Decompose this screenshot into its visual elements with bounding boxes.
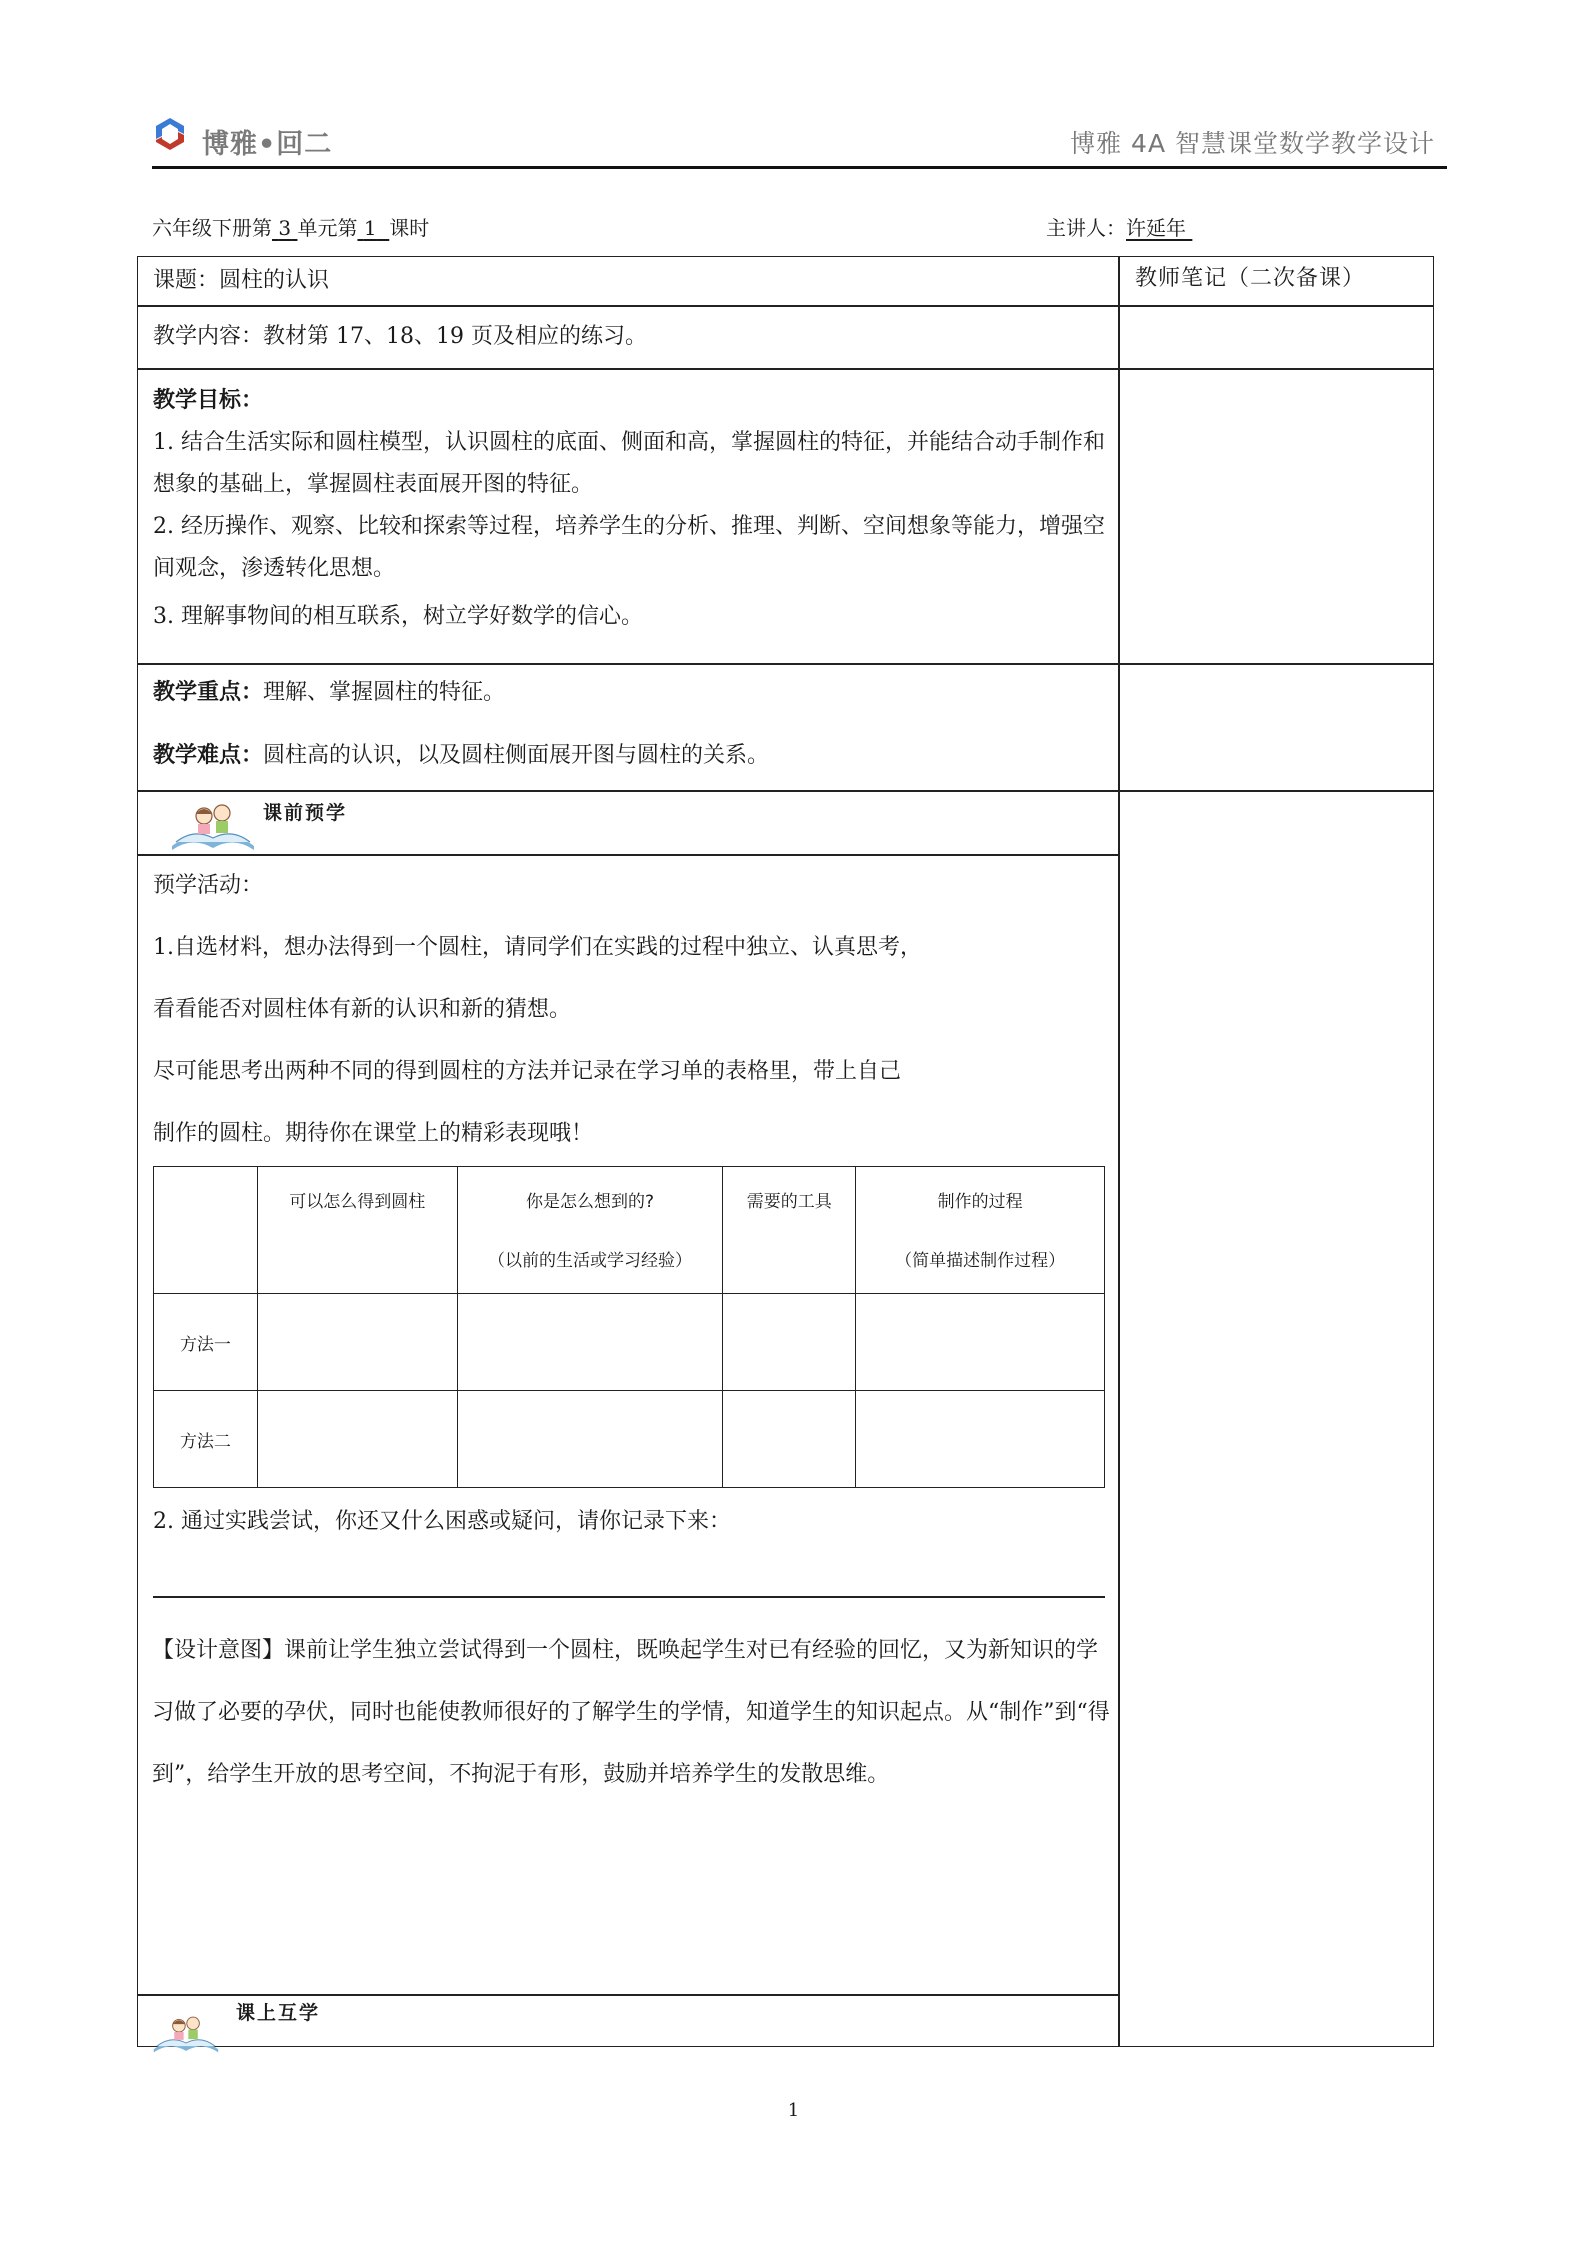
row-divider [137, 305, 1434, 307]
difficulty-label: 教学难点： [153, 743, 263, 768]
answer-cell[interactable] [257, 1391, 457, 1488]
table-row: 方法二 [154, 1391, 1105, 1488]
method-table: 可以怎么得到圆柱 你是怎么想到的?（以前的生活或学习经验） 需要的工具 制作的过… [153, 1166, 1105, 1488]
presenter: 主讲人：许延年 [1046, 212, 1192, 241]
row-label: 方法一 [154, 1294, 258, 1391]
answer-line [153, 1596, 1105, 1598]
answer-cell[interactable] [856, 1391, 1105, 1488]
kids-reading-icon [150, 2010, 222, 2054]
header-cell: 制作的过程（简单描述制作过程） [856, 1167, 1105, 1294]
preview-task-2: 2. 通过实践尝试，你还又什么困惑或疑问，请你记录下来： [153, 1502, 731, 1542]
preview-task-1-line-1: 1.自选材料，想办法得到一个圆柱，请同学们在实践的过程中独立、认真思考， [153, 928, 1113, 968]
row-divider [137, 790, 1434, 792]
objective-item: 3. 理解事物间的相互联系，树立学好数学的信心。 [153, 596, 1108, 638]
preview-task-1-line-2: 看看能否对圆柱体有新的认识和新的猜想。 [153, 990, 1113, 1030]
unit-suffix: 单元第 [297, 216, 357, 240]
objective-item: 1. 结合生活实际和圆柱模型，认识圆柱的底面、侧面和高，掌握圆柱的特征，并能结合… [153, 422, 1108, 506]
header-divider [152, 166, 1447, 169]
preview-activity-label: 预学活动： [153, 866, 263, 906]
answer-cell[interactable] [457, 1391, 723, 1488]
table-row: 方法一 [154, 1294, 1105, 1391]
objectives-label: 教学目标： [153, 380, 1108, 422]
lesson-number: 1 [364, 216, 377, 240]
teaching-objectives: 教学目标： 1. 结合生活实际和圆柱模型，认识圆柱的底面、侧面和高，掌握圆柱的特… [153, 380, 1108, 638]
answer-cell[interactable] [257, 1294, 457, 1391]
unit-number: 3 [278, 216, 291, 240]
key-point-label: 教学重点： [153, 680, 263, 705]
answer-cell[interactable] [723, 1294, 856, 1391]
method-table-header: 可以怎么得到圆柱 你是怎么想到的?（以前的生活或学习经验） 需要的工具 制作的过… [154, 1167, 1105, 1294]
document-title: 博雅 4A 智慧课堂数学教学设计 [1070, 124, 1435, 160]
teaching-content: 教学内容：教材第 17、18、19 页及相应的练习。 [153, 317, 647, 357]
header-cell: 可以怎么得到圆柱 [257, 1167, 457, 1294]
section-banner-preview: 课前预学 [263, 798, 347, 825]
lesson-meta: 六年级下册第 3 单元第 1 课时 [152, 212, 429, 241]
header-cell-empty [154, 1167, 258, 1294]
row-divider [137, 1994, 1119, 1996]
row-divider [137, 663, 1434, 665]
header-cell: 你是怎么想到的?（以前的生活或学习经验） [457, 1167, 723, 1294]
row-divider [137, 854, 1119, 856]
lesson-suffix: 课时 [389, 216, 429, 240]
grade-prefix: 六年级下册第 [152, 216, 272, 240]
header-cell: 需要的工具 [723, 1167, 856, 1294]
preview-task-1-line-3: 尽可能思考出两种不同的得到圆柱的方法并记录在学习单的表格里，带上自己 [153, 1052, 1113, 1092]
difficulty-text: 圆柱高的认识，以及圆柱侧面展开图与圆柱的关系。 [263, 743, 769, 768]
notes-column-divider [1118, 256, 1120, 2047]
answer-cell[interactable] [723, 1391, 856, 1488]
section-banner-classroom: 课上互学 [236, 1998, 320, 2025]
key-point-text: 理解、掌握圆柱的特征。 [263, 680, 505, 705]
teacher-notes-header: 教师笔记（二次备课） [1135, 259, 1365, 299]
page-number: 1 [0, 2100, 1587, 2121]
key-point: 教学重点：理解、掌握圆柱的特征。 [153, 673, 505, 713]
objective-item: 2. 经历操作、观察、比较和探索等过程，培养学生的分析、推理、判断、空间想象等能… [153, 506, 1108, 590]
design-intent: 【设计意图】课前让学生独立尝试得到一个圆柱，既唤起学生对已有经验的回忆，又为新知… [152, 1620, 1112, 1806]
answer-cell[interactable] [457, 1294, 723, 1391]
preview-task-1-line-4: 制作的圆柱。期待你在课堂上的精彩表现哦！ [153, 1114, 1113, 1154]
difficulty: 教学难点：圆柱高的认识，以及圆柱侧面展开图与圆柱的关系。 [153, 736, 769, 776]
presenter-label: 主讲人： [1046, 216, 1126, 240]
kids-reading-icon [168, 796, 258, 852]
row-divider [137, 368, 1434, 370]
brand-logo-icon [152, 116, 188, 152]
row-label: 方法二 [154, 1391, 258, 1488]
presenter-name: 许延年 [1126, 216, 1186, 240]
answer-cell[interactable] [856, 1294, 1105, 1391]
lesson-topic: 课题：圆柱的认识 [153, 261, 329, 301]
brand-name: 博雅•回二 [202, 122, 332, 161]
